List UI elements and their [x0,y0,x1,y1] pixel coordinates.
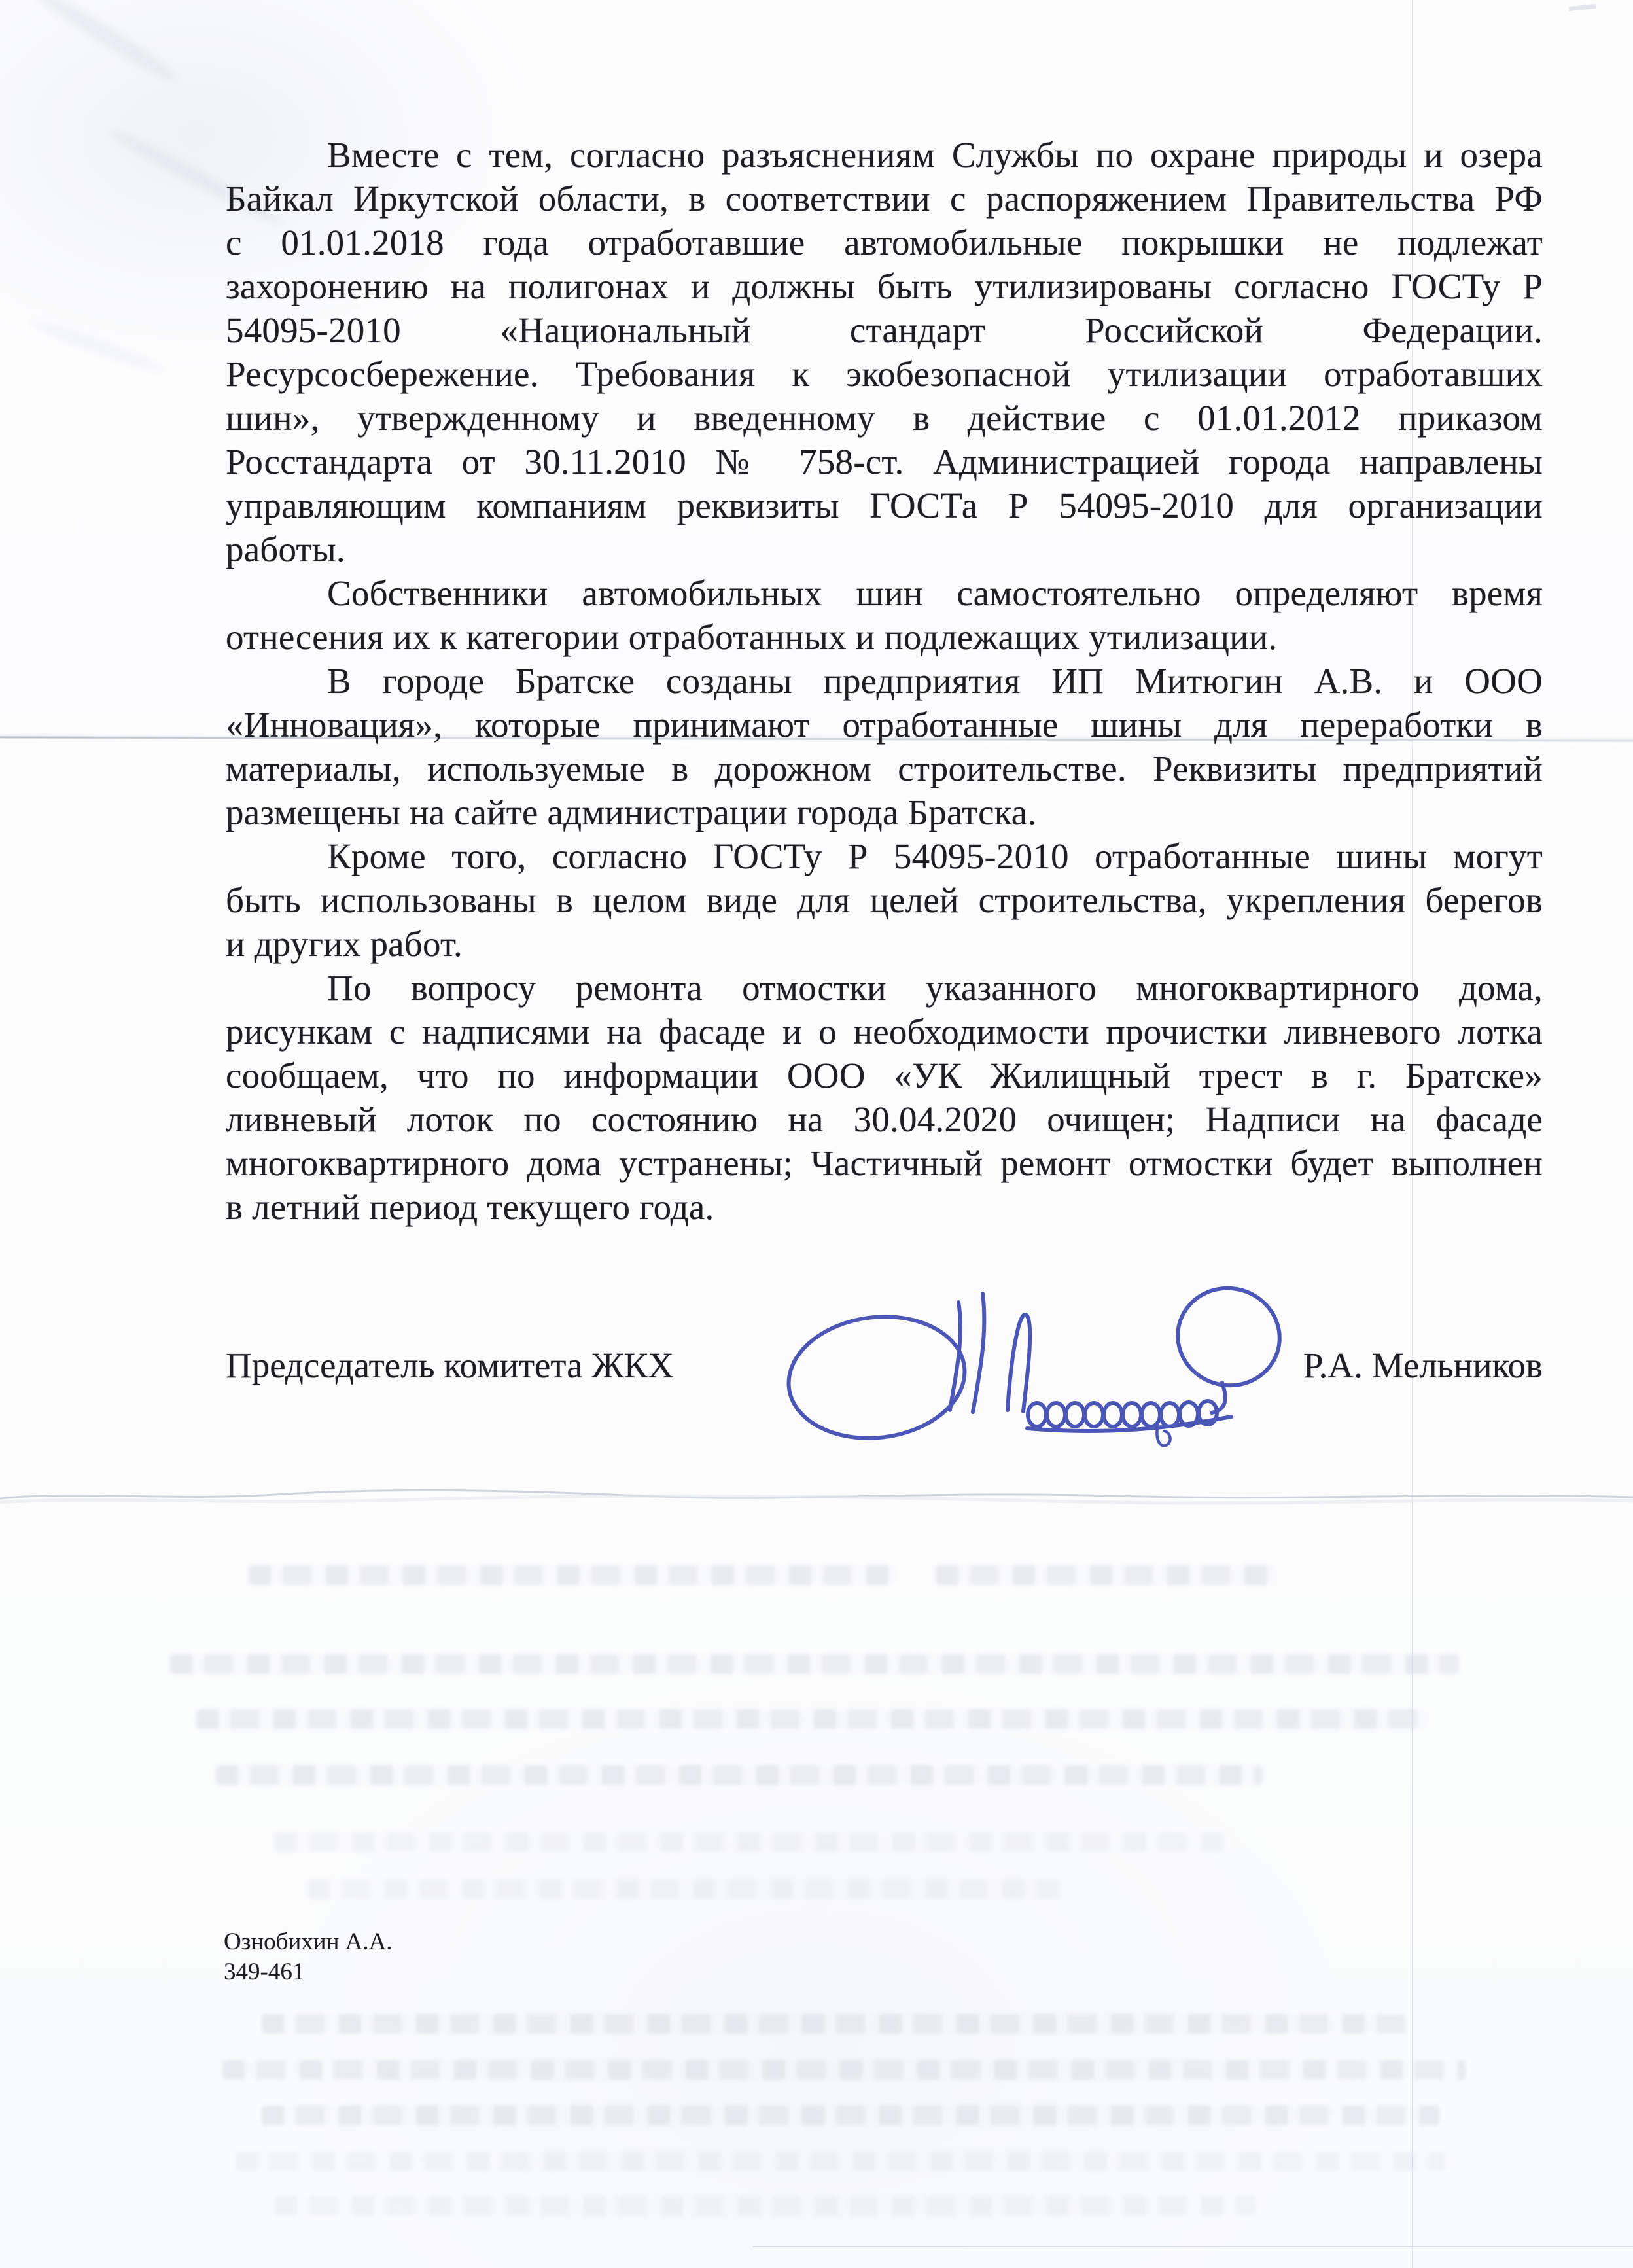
bleedthrough-text [222,2060,1466,2080]
bleedthrough-text [236,2152,1446,2171]
signature-ink [739,1253,1289,1469]
body-line: Собственники автомобильных шин самостоят… [226,571,1543,615]
executor-name: Ознобихин А.А. [224,1927,393,1957]
bleedthrough-text [275,1832,1223,1852]
body-line: рисункам с надписями на фасаде и о необх… [226,1010,1543,1054]
bleedthrough-text [249,1565,896,1585]
body-line: быть использованы в целом виде для целей… [226,878,1543,922]
body-line: шин», утвержденному и введенному в дейст… [226,396,1543,440]
body-line: материалы, используемые в дорожном строи… [226,747,1543,790]
scan-mark [1569,4,1597,11]
body-line: работы. [226,527,1543,571]
scanned-letter-page: Вместе с тем, согласно разъяснениям Служ… [0,0,1633,2268]
body-line: Вместе с тем, согласно разъяснениям Служ… [226,133,1543,177]
body-line: Кроме того, согласно ГОСТу Р 54095-2010 … [226,834,1543,878]
body-line: Росстандарта от 30.11.2010 № 758-ст. Адм… [226,440,1543,484]
executor-phone: 349-461 [224,1957,393,1987]
body-line: 54095-2010 «Национальный стандарт Россий… [226,308,1543,352]
signatory-title: Председатель комитета ЖКХ [226,1343,674,1387]
body-line: размещены на сайте администрации города … [226,790,1543,834]
body-line: По вопросу ремонта отмостки указанного м… [226,966,1543,1010]
body-line: многоквартирного дома устранены; Частичн… [226,1141,1543,1185]
bleedthrough-text [262,2014,1407,2034]
bleedthrough-text [196,1709,1426,1729]
body-line: Ресурсосбережение. Требования к экобезоп… [226,352,1543,396]
body-line: сообщаем, что по информации ООО «УК Жили… [226,1054,1543,1097]
body-line: захоронению на полигонах и должны быть у… [226,264,1543,308]
bleedthrough-text [275,2196,1256,2216]
bleedthrough-text [216,1765,1263,1785]
body-line: «Инновация», которые принимают отработан… [226,703,1543,747]
bleedthrough-text [170,1654,1459,1674]
body-line: управляющим компаниям реквизиты ГОСТа Р … [226,484,1543,527]
signatory-name: Р.А. Мельников [1303,1343,1543,1387]
body-line: Байкал Иркутской области, в соответствии… [226,177,1543,221]
body-line: в летний период текущего года. [226,1185,1543,1229]
body-line: и других работ. [226,922,1543,966]
scan-edge-line [752,2246,1633,2247]
executor-footer: Ознобихин А.А. 349-461 [224,1927,393,1987]
scan-streak [28,0,181,87]
bleedthrough-text [307,1879,1060,1899]
body-line: с 01.01.2018 года отработавшие автомобил… [226,221,1543,264]
scan-streak [28,316,168,378]
body-line: отнесения их к категории отработанных и … [226,615,1543,659]
body-text: Вместе с тем, согласно разъяснениям Служ… [226,133,1543,1229]
bleedthrough-text [262,2106,1439,2125]
body-line: В городе Братске созданы предприятия ИП … [226,659,1543,703]
body-line: ливневый лоток по состоянию на 30.04.202… [226,1097,1543,1141]
fold-crease-lower [0,1484,1633,1510]
bleedthrough-text [936,1565,1276,1585]
